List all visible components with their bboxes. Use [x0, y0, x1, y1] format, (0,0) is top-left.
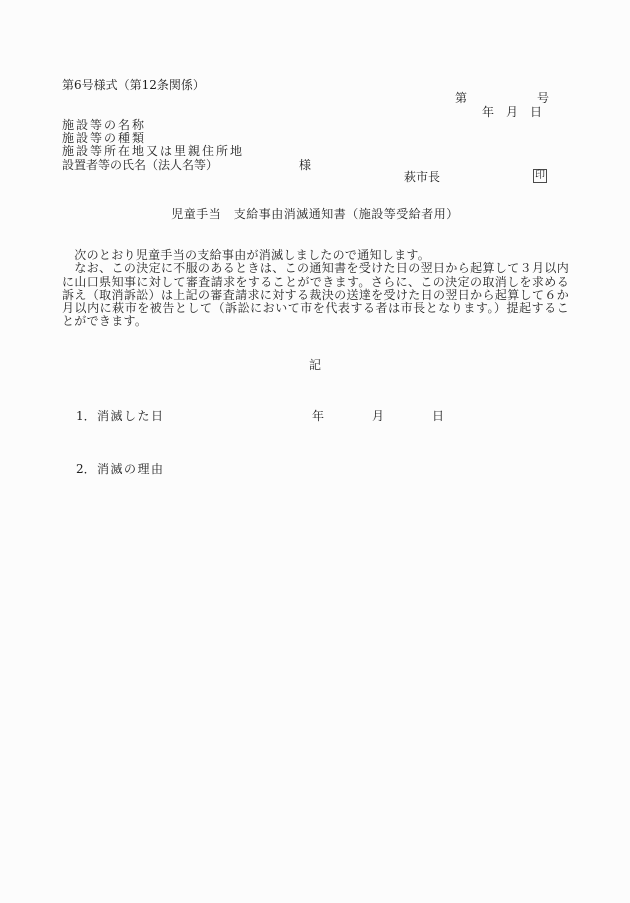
body-text: 次のとおり児童手当の支給事由が消滅しましたので通知します。 なお、この決定に不服…: [62, 249, 569, 329]
item1-date-day: 日: [432, 409, 444, 423]
document-title: 児童手当 支給事由消滅通知書（施設等受給者用）: [0, 207, 630, 221]
body-paragraph-appeal: なお、この決定に不服のあるときは、この通知書を受けた日の翌日から起算して３月以内…: [62, 262, 569, 328]
recipient-facility-address-label: 施設等所在地又は里親住所地: [62, 144, 244, 158]
doc-number-prefix: 第: [455, 91, 467, 105]
issuer-mayor-title: 萩市長: [404, 170, 440, 184]
recipient-honorific: 様: [299, 158, 311, 172]
header-date-day: 日: [530, 105, 542, 119]
header-date-month: 月: [506, 105, 518, 119]
form-number: 第6号様式（第12条関係）: [62, 78, 205, 92]
doc-number-suffix: 号: [537, 91, 549, 105]
document-page: 第6号様式（第12条関係） 第 号 年 月 日 施設等の名称 施設等の種類 施設…: [0, 0, 630, 903]
item1-number: 1．: [76, 409, 96, 423]
recipient-facility-type-label: 施設等の種類: [62, 131, 146, 145]
recipient-installer-name-label: 設置者等の氏名（法人名等）: [62, 158, 218, 172]
header-date-year: 年: [482, 105, 494, 119]
item1-date-year: 年: [312, 409, 324, 423]
record-marker: 記: [0, 358, 630, 372]
item1-date-month: 月: [372, 409, 384, 423]
seal-stamp-box: 印: [533, 169, 547, 183]
recipient-facility-name-label: 施設等の名称: [62, 118, 146, 132]
item2-label: 消滅の理由: [97, 462, 165, 476]
item-extinction-reason-row: 2． 消滅の理由: [0, 462, 630, 518]
item2-number: 2．: [76, 462, 96, 476]
item1-label: 消滅した日: [97, 409, 165, 423]
